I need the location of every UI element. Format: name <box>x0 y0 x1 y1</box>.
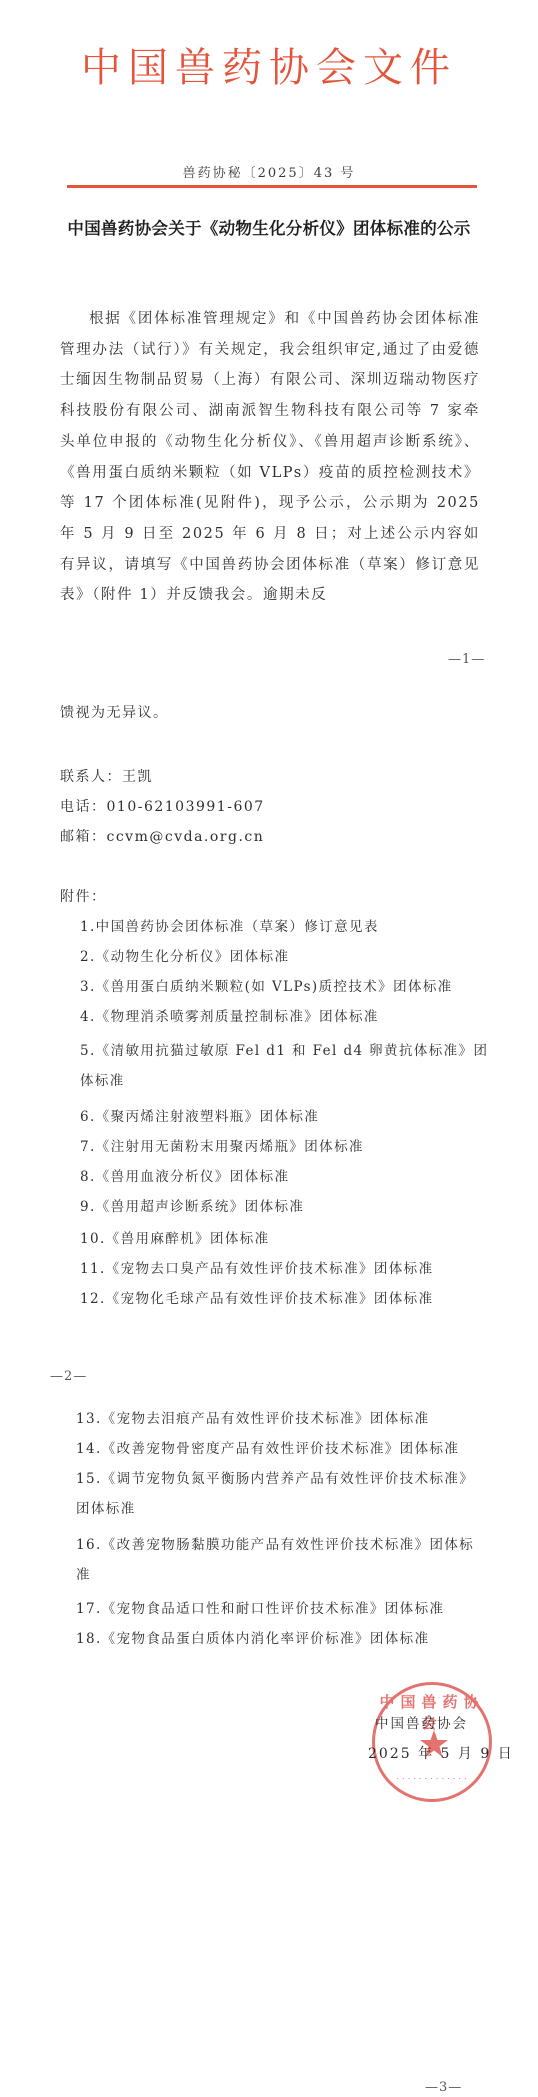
contact-phone-value: 010-62103991-607 <box>107 799 265 815</box>
official-seal: 中国兽药协会 • • • • • • • • • • • • • <box>372 1682 492 1802</box>
contact-email-label: 邮箱： <box>60 829 107 845</box>
attachment-item: 13.《宠物去泪痕产品有效性评价技术标准》团体标准 <box>76 1404 496 1434</box>
masthead-title: 中国兽药协会文件 <box>0 42 538 94</box>
body-paragraph-continued: 馈视为无异议。 <box>60 702 169 722</box>
signature-date: 2025 年 5 月 9 日 <box>368 1743 514 1763</box>
contact-email: 邮箱：ccvm@cvda.org.cn <box>60 826 264 846</box>
document-title: 中国兽药协会关于《动物生化分析仪》团体标准的公示 <box>0 215 538 239</box>
signature-organization: 中国兽药协会 <box>375 1712 468 1732</box>
contact-person: 联系人：王凯 <box>60 766 153 786</box>
contact-phone: 电话：010-62103991-607 <box>60 796 265 816</box>
page-number-2: —2— <box>50 1369 87 1384</box>
attachment-item: 1.中国兽药协会团体标准（草案）修订意见表 <box>80 912 500 942</box>
attachment-item: 11.《宠物去口臭产品有效性评价技术标准》团体标准 <box>80 1254 500 1284</box>
attachment-item: 18.《宠物食品蛋白质体内消化率评价标准》团体标准 <box>76 1624 496 1654</box>
contact-email-value: ccvm@cvda.org.cn <box>107 829 265 845</box>
attachment-item: 5.《清敏用抗猫过敏原 Fel d1 和 Fel d4 卵黄抗体标准》团体标准 <box>80 1036 490 1096</box>
contact-person-value: 王凯 <box>122 769 153 785</box>
attachment-item: 3.《兽用蛋白质纳米颗粒(如 VLPs)质控技术》团体标准 <box>80 972 500 1002</box>
attachment-item: 17.《宠物食品适口性和耐口性评价技术标准》团体标准 <box>76 1594 496 1624</box>
attachment-item: 6.《聚丙烯注射液塑料瓶》团体标准 <box>80 1102 500 1132</box>
seal-serial-dots: • • • • • • • • • • • • • <box>375 1776 489 1781</box>
attachment-item: 16.《改善宠物肠黏膜功能产品有效性评价技术标准》团体标准 <box>76 1530 484 1590</box>
attachment-item: 12.《宠物化毛球产品有效性评价技术标准》团体标准 <box>80 1284 500 1314</box>
attachment-item: 8.《兽用血液分析仪》团体标准 <box>80 1162 500 1192</box>
contact-person-label: 联系人： <box>60 769 122 785</box>
attachment-item: 7.《注射用无菌粉末用聚丙烯瓶》团体标准 <box>80 1132 500 1162</box>
attachment-item: 15.《调节宠物负氮平衡肠内营养产品有效性评价技术标准》团体标准 <box>76 1464 486 1524</box>
attachment-item: 9.《兽用超声诊断系统》团体标准 <box>80 1192 500 1222</box>
attachment-item: 14.《改善宠物骨密度产品有效性评价技术标准》团体标准 <box>76 1434 496 1464</box>
page-number-3: —3— <box>425 2080 462 2095</box>
attachment-item: 2.《动物生化分析仪》团体标准 <box>80 942 500 972</box>
attachments-heading: 附件： <box>60 886 107 906</box>
page-number-1: —1— <box>448 652 485 667</box>
attachment-item: 4.《物理消杀喷雾剂质量控制标准》团体标准 <box>80 1002 500 1032</box>
body-paragraph: 根据《团体标准管理规定》和《中国兽药协会团体标准管理办法（试行）》有关规定，我会… <box>60 304 480 611</box>
attachment-item: 10.《兽用麻醉机》团体标准 <box>80 1224 500 1254</box>
document-number: 兽药协秘〔2025〕43 号 <box>0 162 538 181</box>
red-divider <box>67 185 477 188</box>
contact-phone-label: 电话： <box>60 799 107 815</box>
